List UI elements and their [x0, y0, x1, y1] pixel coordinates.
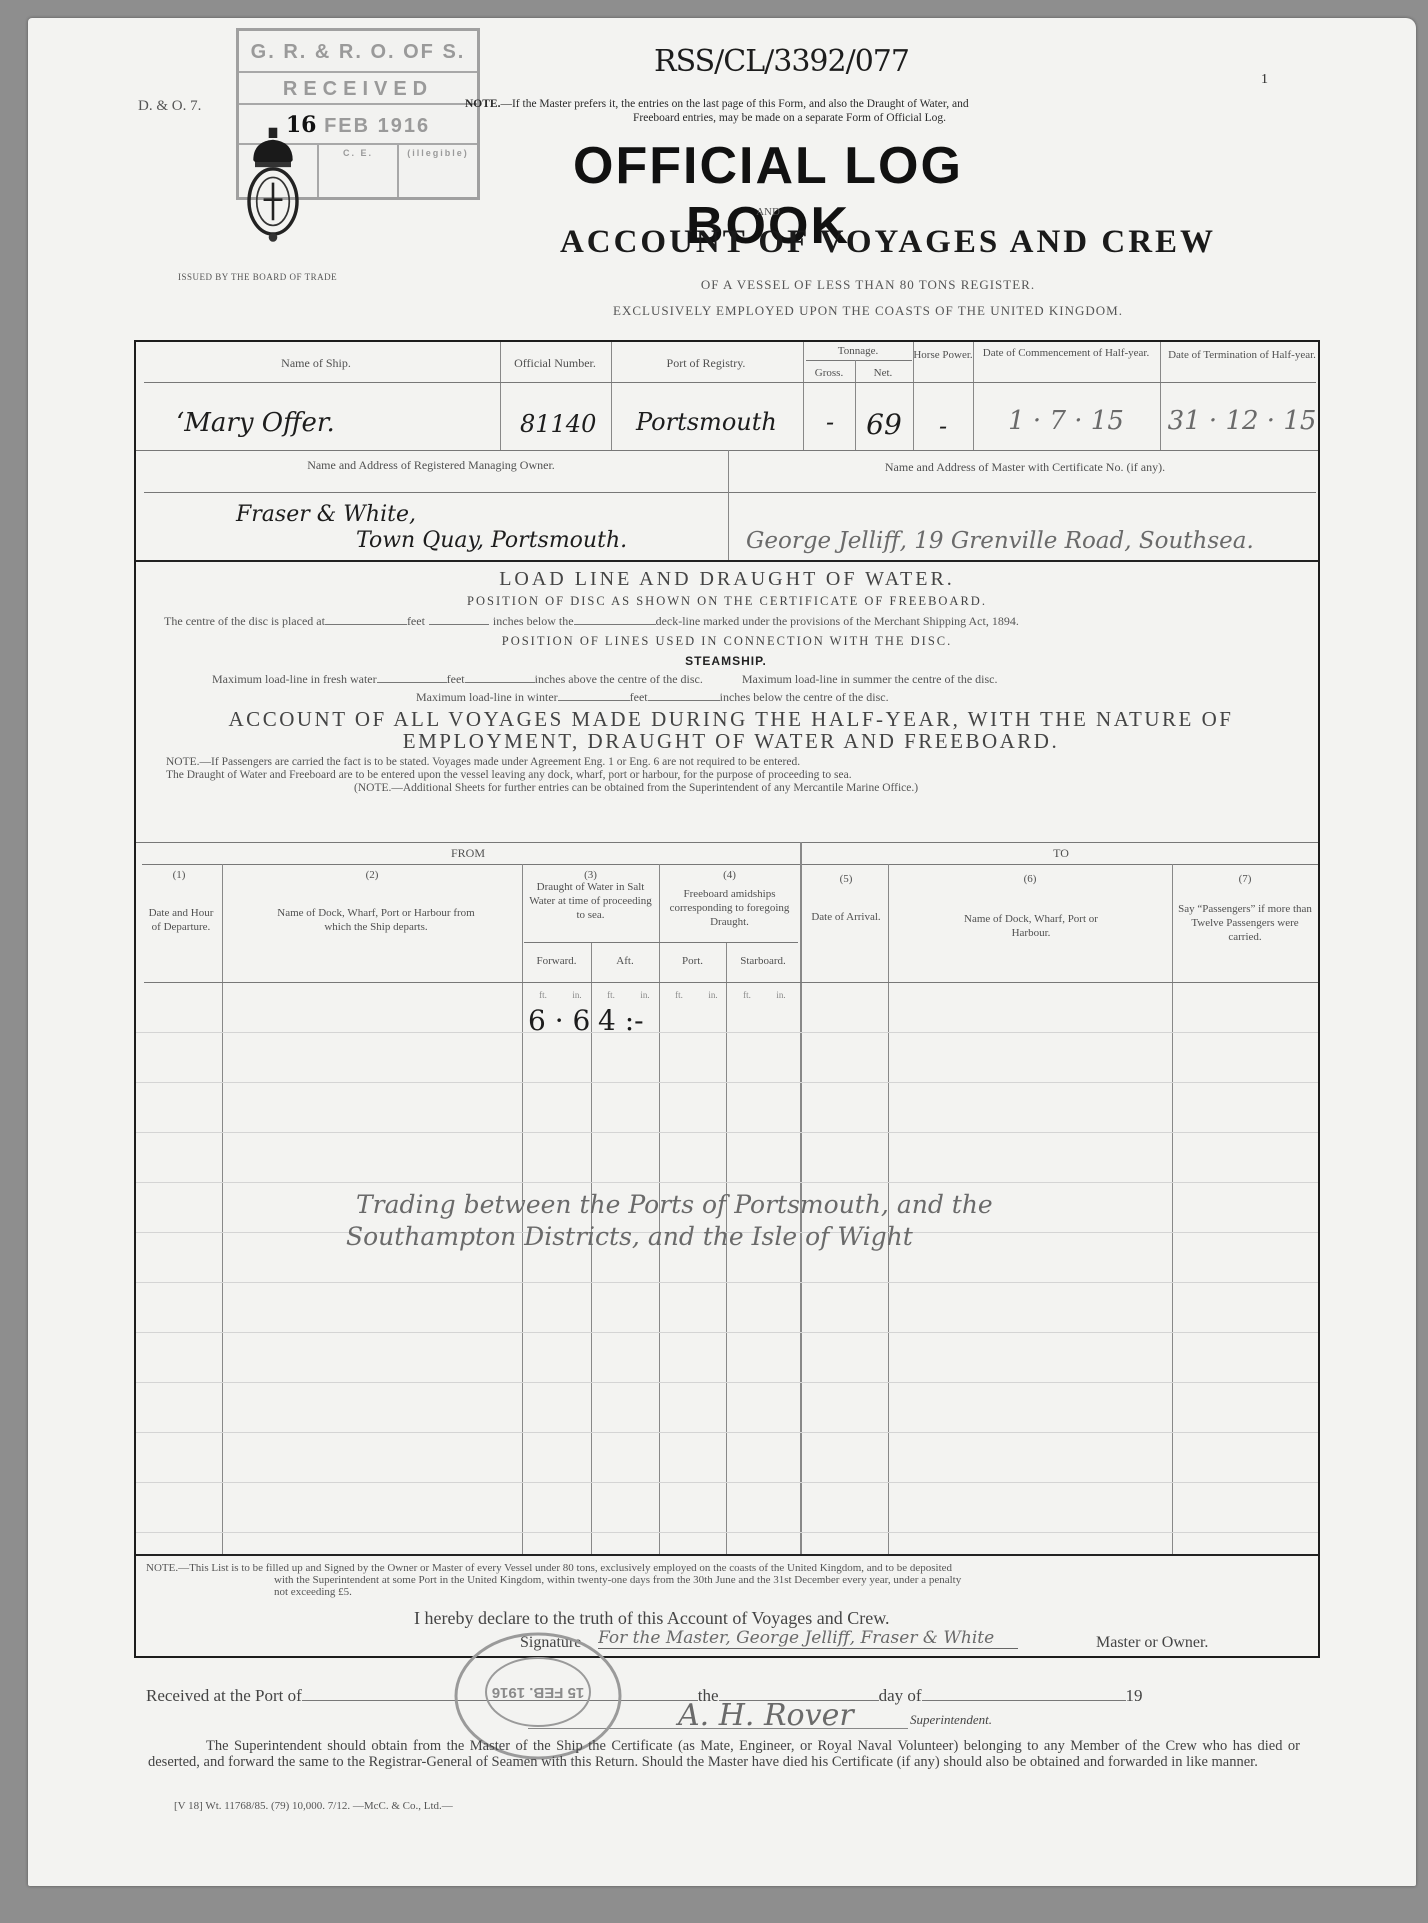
- superintendent-instruction: The Superintendent should obtain from th…: [148, 1738, 1300, 1770]
- received-text: Received at the Port of: [146, 1686, 302, 1705]
- voyages-note2: The Draught of Water and Freeboard are t…: [166, 769, 918, 782]
- label-master: Name and Address of Master with Certific…: [732, 460, 1318, 474]
- col4-num: (4): [659, 868, 800, 882]
- col4-header: Freeboard amidships corresponding to for…: [661, 887, 798, 929]
- received-year: 19: [1126, 1686, 1143, 1705]
- signature-field[interactable]: For the Master, George Jelliff, Fraser &…: [598, 1628, 1018, 1649]
- note-line1: —If the Master prefers it, the entries o…: [500, 98, 968, 110]
- unit-in: in.: [560, 990, 594, 1000]
- label-horse-power: Horse Power.: [913, 348, 973, 362]
- voyages-note1: NOTE.—If Passengers are carried the fact…: [166, 756, 918, 769]
- unit-ft: ft.: [662, 990, 696, 1000]
- col6-num: (6): [888, 872, 1172, 886]
- received-day-of: day of: [879, 1686, 922, 1705]
- winter-feet-label: feet: [630, 690, 648, 704]
- ruled-line: [136, 1382, 1318, 1383]
- disc-inches-label: inches below the: [493, 614, 574, 628]
- winter-line: Maximum load-line in winterfeetinches be…: [416, 690, 889, 705]
- col1-num: (1): [136, 868, 222, 882]
- stamp-line1: G. R. & R. O. OF S.: [239, 31, 477, 73]
- disc-text: The centre of the disc is placed at: [164, 614, 325, 628]
- ruled-line: [136, 1332, 1318, 1333]
- header-note: NOTE.—If the Master prefers it, the entr…: [465, 98, 969, 110]
- divider: [142, 864, 1318, 865]
- voyages-title-line1: ACCOUNT OF ALL VOYAGES MADE DURING THE H…: [156, 708, 1306, 730]
- voyages-notes: NOTE.—If Passengers are carried the fact…: [166, 756, 918, 795]
- value-date-termination: 31 · 12 · 15: [1162, 406, 1322, 436]
- label-official-number: Official Number.: [500, 356, 610, 370]
- disc-feet-field[interactable]: [325, 615, 407, 625]
- subtitle-coasts: EXCLUSIVELY EMPLOYED UPON THE COASTS OF …: [498, 303, 1238, 319]
- divider: [144, 982, 1318, 983]
- ruled-line: [136, 1482, 1318, 1483]
- col7-num: (7): [1172, 872, 1318, 886]
- voyages-title: ACCOUNT OF ALL VOYAGES MADE DURING THE H…: [156, 708, 1306, 752]
- unit-in: in.: [696, 990, 730, 1000]
- label-port-of-registry: Port of Registry.: [611, 356, 801, 370]
- value-net: 69: [856, 408, 912, 441]
- value-owner-line1: Fraser & White,: [236, 502, 416, 527]
- col3-header: Draught of Water in Salt Water at time o…: [524, 880, 657, 922]
- divider: [973, 342, 974, 450]
- position-of-lines: POSITION OF LINES USED IN CONNECTION WIT…: [236, 634, 1218, 649]
- ruled-line: [136, 1082, 1318, 1083]
- master-or-owner-label: Master or Owner.: [1096, 1634, 1208, 1652]
- label-gross: Gross.: [803, 366, 855, 380]
- draught-forward-value: 6 · 6: [528, 1004, 590, 1037]
- issued-by: ISSUED BY THE BOARD OF TRADE: [178, 272, 337, 282]
- label-name-of-ship: Name of Ship.: [136, 356, 496, 370]
- value-horse-power: -: [914, 412, 972, 440]
- disc-deck-field[interactable]: [574, 615, 656, 625]
- position-of-disc: POSITION OF DISC AS SHOWN ON THE CERTIFI…: [236, 594, 1218, 609]
- royal-crest-icon: [240, 126, 306, 246]
- received-month-field[interactable]: [922, 1689, 1126, 1701]
- header-note-line2: Freeboard entries, may be made on a sepa…: [633, 112, 946, 124]
- load-line-title: LOAD LINE AND DRAUGHT OF WATER.: [136, 568, 1318, 591]
- col2-num: (2): [222, 868, 522, 882]
- divider: [524, 942, 798, 943]
- stamp-box: (illegible): [399, 145, 477, 197]
- stamp-date: FEB 1916: [324, 115, 430, 137]
- unit-in: in.: [628, 990, 662, 1000]
- unit-in: in.: [764, 990, 798, 1000]
- value-master: George Jelliff, 19 Grenville Road, South…: [746, 528, 1254, 554]
- superintendent-signature: A. H. Rover: [678, 1698, 854, 1733]
- ruled-line: [136, 1032, 1318, 1033]
- divider: [136, 560, 1318, 562]
- subcol-port: Port.: [659, 954, 726, 968]
- label-date-termination: Date of Termination of Half-year.: [1162, 348, 1322, 362]
- value-official-number: 81140: [520, 410, 596, 438]
- unit-ft: ft.: [730, 990, 764, 1000]
- disc-feet-label: feet: [407, 614, 425, 628]
- col6-header: Name of Dock, Wharf, Port or Harbour.: [956, 912, 1106, 940]
- superintendent-label: Superintendent.: [910, 1712, 992, 1728]
- value-owner-line2: Town Quay, Portsmouth.: [356, 528, 627, 553]
- subcol-forward: Forward.: [522, 954, 591, 968]
- received-at-port: Received at the Port oftheday of19: [146, 1686, 1143, 1706]
- winter-inches-field[interactable]: [648, 691, 720, 701]
- remarks-line2: Southampton Districts, and the Isle of W…: [346, 1222, 913, 1251]
- col2-header: Name of Dock, Wharf, Port or Harbour fro…: [276, 906, 476, 934]
- divider: [144, 492, 1316, 493]
- summer-text: Maximum load-line in summer the centre o…: [742, 672, 998, 686]
- voyages-title-line2: EMPLOYMENT, DRAUGHT OF WATER AND FREEBOA…: [156, 730, 1306, 752]
- fresh-text: Maximum load-line in fresh water: [212, 672, 377, 686]
- winter-text: Maximum load-line in winter: [416, 690, 558, 704]
- col7-header: Say “Passengers” if more than Twelve Pas…: [1176, 902, 1314, 944]
- col5-num: (5): [804, 872, 888, 886]
- draught-aft-value: 4 :-: [598, 1004, 644, 1037]
- label-net: Net.: [855, 366, 911, 380]
- winter-feet-field[interactable]: [558, 691, 630, 701]
- fresh-inches-label: inches above the centre of the disc.: [535, 672, 703, 686]
- disc-inches-field[interactable]: [429, 615, 489, 625]
- divider: [136, 842, 1318, 843]
- divider: [1172, 864, 1173, 1554]
- fresh-inches-field[interactable]: [465, 673, 535, 683]
- ruled-line: [136, 1432, 1318, 1433]
- form-code: D. & O. 7.: [138, 98, 201, 115]
- subcol-starboard: Starboard.: [726, 954, 800, 968]
- disc-deck-text: deck-line marked under the provisions of…: [656, 614, 1019, 628]
- printer-imprint: [V 18] Wt. 11768/85. (79) 10,000. 7/12. …: [174, 1800, 453, 1812]
- col5-header: Date of Arrival.: [808, 910, 884, 924]
- divider: [806, 360, 912, 361]
- ruled-line: [136, 1132, 1318, 1133]
- divider: [803, 342, 804, 450]
- col1-header: Date and Hour of Departure.: [146, 906, 216, 934]
- value-gross: -: [806, 408, 854, 436]
- divider: [1160, 342, 1161, 450]
- divider: [136, 1554, 1318, 1556]
- to-label: TO: [804, 846, 1318, 860]
- value-date-commencement: 1 · 7 · 15: [976, 406, 1156, 436]
- disc-position-line: The centre of the disc is placed atfeeti…: [164, 614, 1019, 629]
- value-port-of-registry: Portsmouth: [636, 408, 777, 436]
- steamship-label: STEAMSHIP.: [516, 654, 936, 668]
- divider: [144, 382, 1316, 383]
- unit-ft: ft.: [594, 990, 628, 1000]
- remarks-line1: Trading between the Ports of Portsmouth,…: [356, 1190, 993, 1219]
- label-owner: Name and Address of Registered Managing …: [136, 458, 726, 472]
- fresh-water-line: Maximum load-line in fresh waterfeetinch…: [212, 672, 997, 687]
- label-date-commencement: Date of Commencement of Half-year.: [976, 346, 1156, 360]
- reference-number: RSS/CL/3392/077: [654, 44, 909, 79]
- divider: [728, 450, 729, 560]
- units-row: ft. in. ft. in. ft. in. ft. in.: [526, 990, 800, 1000]
- fresh-feet-field[interactable]: [377, 673, 447, 683]
- form-box: Name of Ship. Official Number. Port of R…: [134, 340, 1320, 1658]
- divider: [136, 450, 1318, 451]
- value-name-of-ship: ‘Mary Offer.: [176, 408, 335, 438]
- note-prefix: NOTE.: [465, 98, 500, 110]
- ruled-line: [136, 1182, 1318, 1183]
- fresh-feet-label: feet: [447, 672, 465, 686]
- ruled-line: [136, 1282, 1318, 1283]
- label-tonnage: Tonnage.: [803, 344, 913, 358]
- mmo-stamp-date: 15 FEB. 1916: [492, 1684, 585, 1701]
- subtitle-vessel: OF A VESSEL OF LESS THAN 80 TONS REGISTE…: [558, 277, 1178, 293]
- stamp-box: C. E.: [319, 145, 399, 197]
- page-number: 1: [1261, 72, 1268, 88]
- voyages-note3: (NOTE.—Additional Sheets for further ent…: [166, 782, 918, 795]
- winter-inches-label: inches below the centre of the disc.: [720, 690, 889, 704]
- unit-ft: ft.: [526, 990, 560, 1000]
- from-label: FROM: [136, 846, 800, 860]
- declaration-note-line2: with the Superintendent at some Port in …: [146, 1574, 961, 1586]
- declaration-note-line1: NOTE.—This List is to be filled up and S…: [146, 1562, 961, 1574]
- page-subtitle: ACCOUNT OF VOYAGES AND CREW: [458, 224, 1318, 261]
- ruled-line: [136, 1532, 1318, 1533]
- divider: [222, 864, 223, 1554]
- declaration-note-line3: not exceeding £5.: [146, 1586, 961, 1598]
- declaration-note: NOTE.—This List is to be filled up and S…: [146, 1562, 961, 1598]
- stamp-received: RECEIVED: [239, 73, 477, 105]
- subcol-aft: Aft.: [591, 954, 659, 968]
- log-book-page: D. & O. 7. 1 RSS/CL/3392/077 G. R. & R. …: [28, 18, 1416, 1886]
- title-and: AND: [708, 206, 828, 218]
